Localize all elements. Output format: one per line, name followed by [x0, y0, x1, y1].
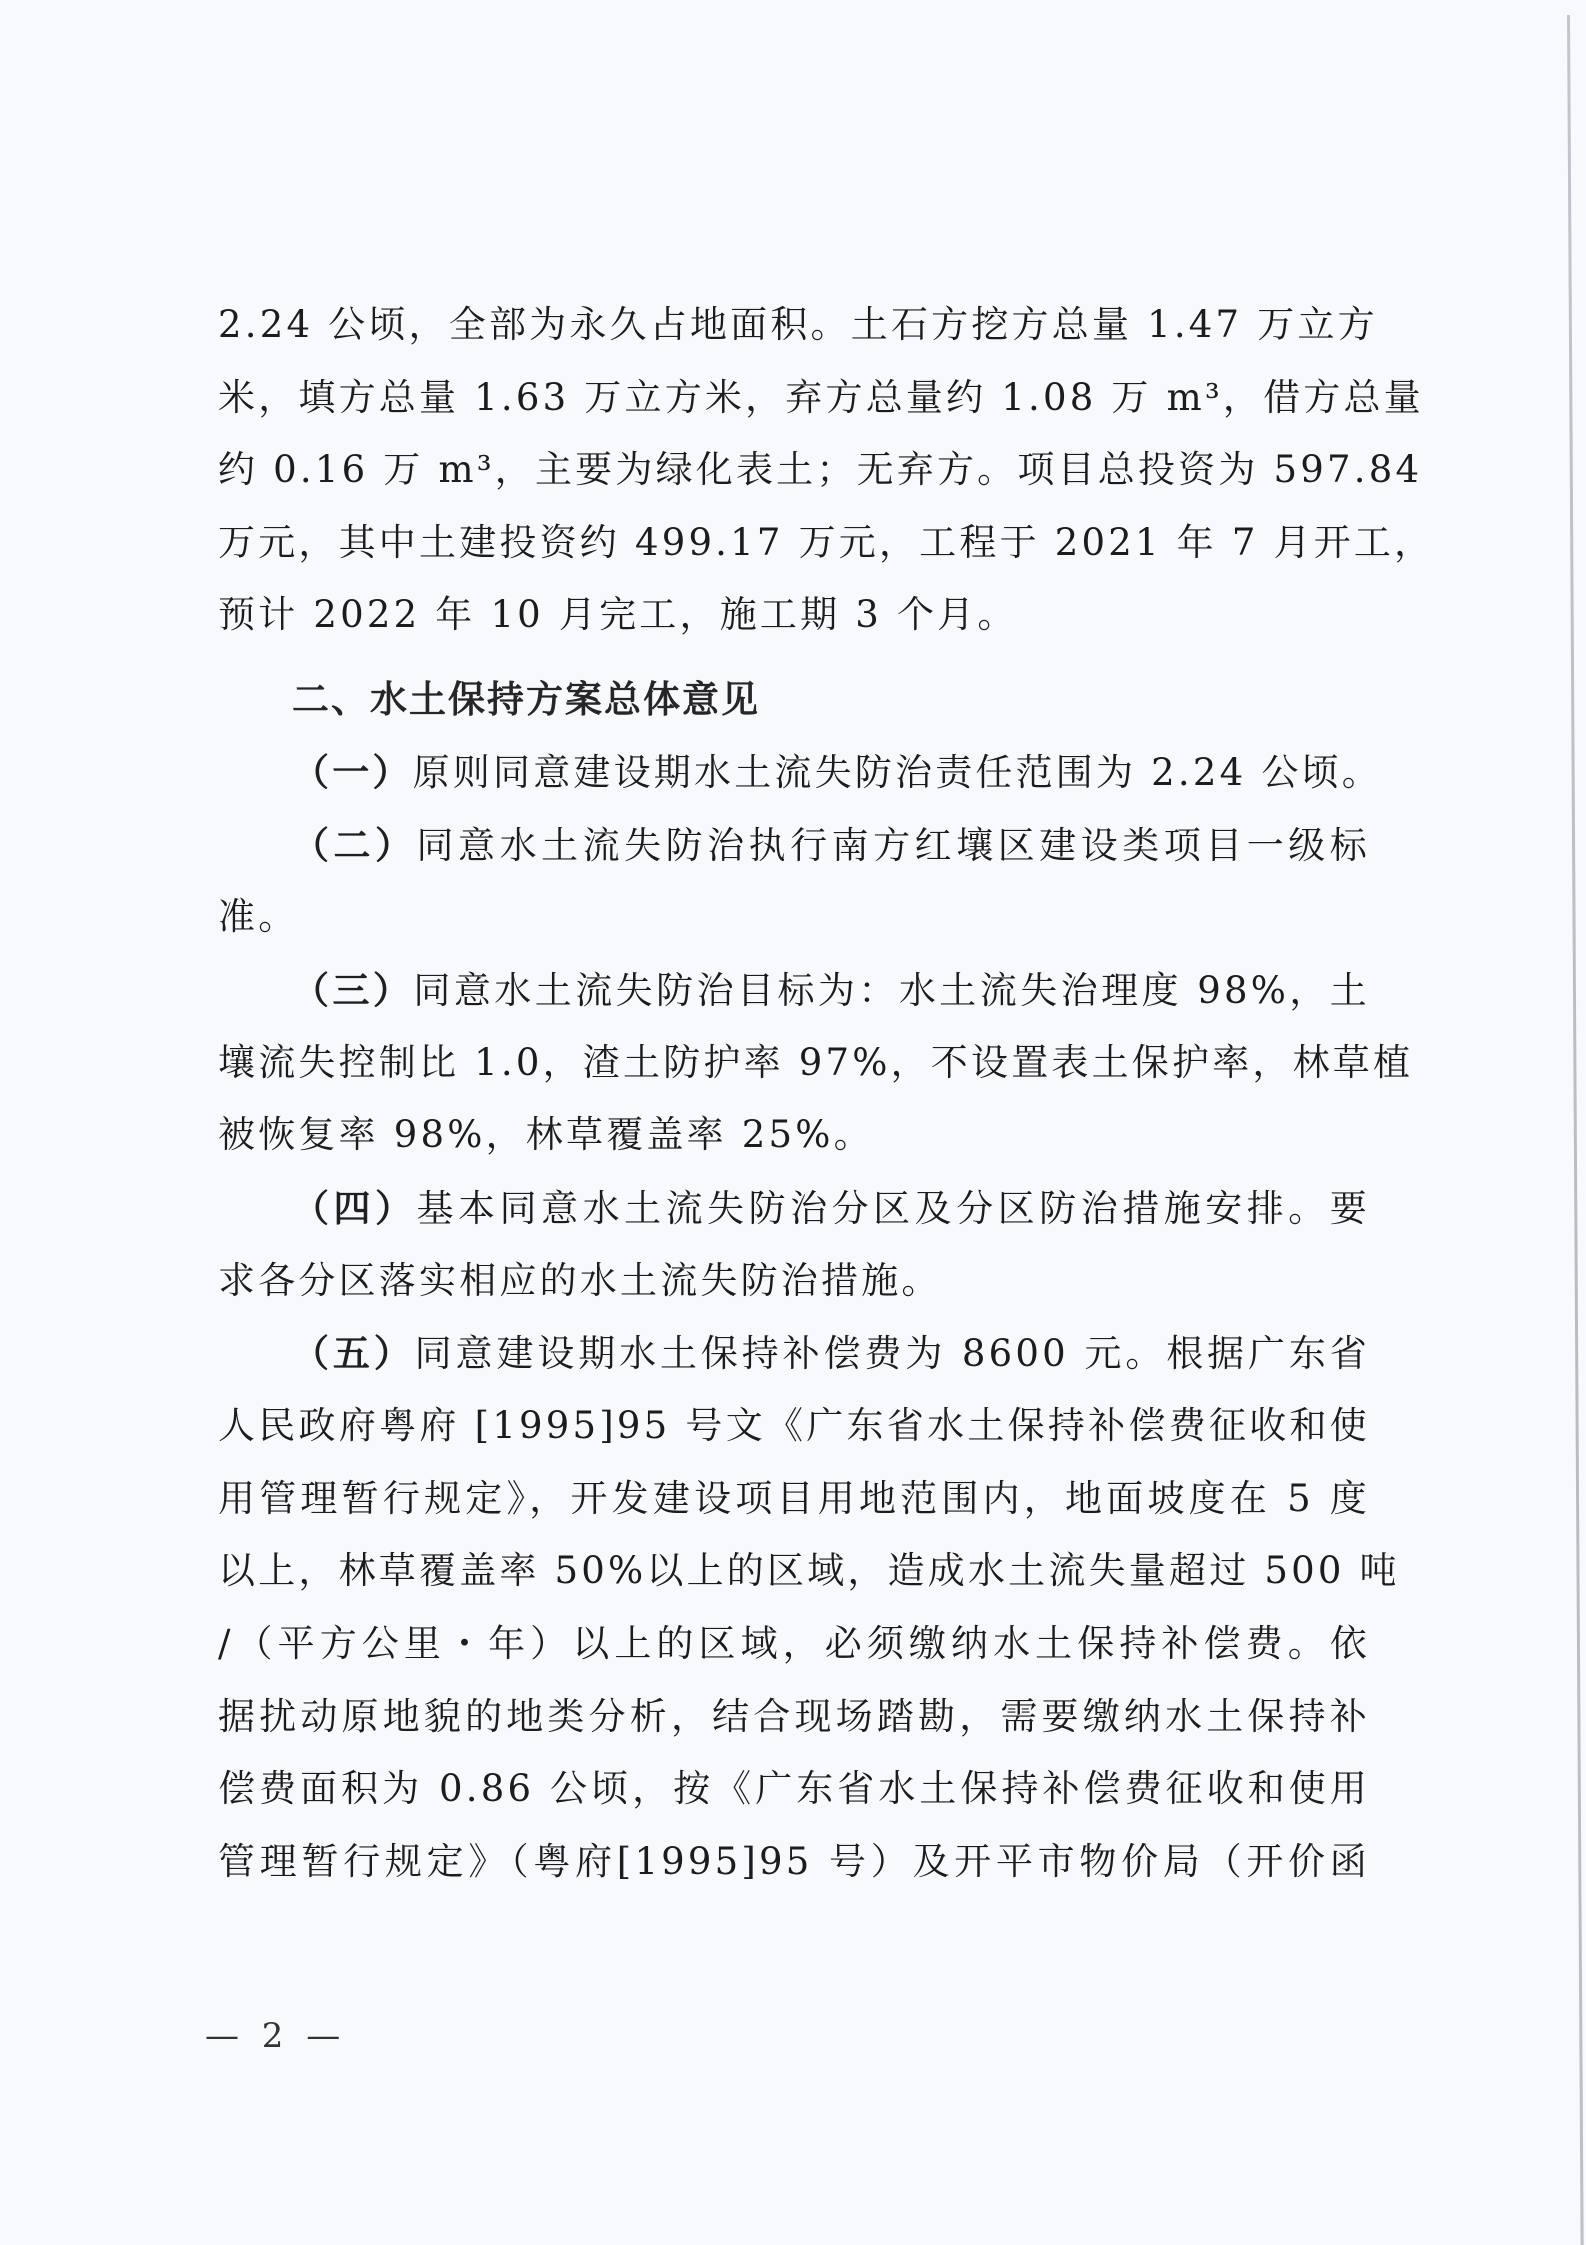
item-5-line: /（平方公里・年）以上的区域，必须缴纳水土保持补偿费。依 — [218, 1616, 1370, 1672]
item-5-line: 偿费面积为 0.86 公顷，按《广东省水土保持补偿费征收和使用 — [218, 1761, 1370, 1817]
item-number: （一） — [292, 750, 413, 794]
item-text: 同意建设期水土保持补偿费为 8600 元。根据广东省 — [415, 1332, 1370, 1375]
item-text: 原则同意建设期水土流失防治责任范围为 2.24 公顷。 — [413, 751, 1382, 794]
item-number: （五） — [292, 1331, 415, 1375]
document-page: 2.24 公顷，全部为永久占地面积。土石方挖方总量 1.47 万立方 米，填方总… — [0, 0, 1586, 2245]
item-text: 同意水土流失防治执行南方红壤区建设类项目一级标 — [417, 824, 1370, 867]
page-number: — 2 — — [205, 2016, 346, 2056]
item-5-line: 人民政府粤府 [1995]95 号文《广东省水土保持补偿费征收和使 — [218, 1398, 1370, 1454]
item-5-line: 管理暂行规定》（粤府[1995]95 号）及开平市物价局（开价函 — [218, 1834, 1370, 1890]
item-number: （四） — [292, 1186, 417, 1230]
paragraph-line: 预计 2022 年 10 月完工，施工期 3 个月。 — [218, 587, 1370, 643]
item-number: （三） — [292, 968, 413, 1012]
item-4-line: 求各分区落实相应的水土流失防治措施。 — [218, 1253, 1370, 1309]
paragraph-line: 米，填方总量 1.63 万立方米，弃方总量约 1.08 万 m³，借方总量 — [218, 370, 1370, 426]
section-heading: 二、水土保持方案总体意见 — [218, 672, 1370, 728]
item-1-line: （一）原则同意建设期水土流失防治责任范围为 2.24 公顷。 — [218, 744, 1370, 800]
item-text: 基本同意水土流失防治分区及分区防治措施安排。要 — [417, 1187, 1370, 1230]
paragraph-line: 2.24 公顷，全部为永久占地面积。土石方挖方总量 1.47 万立方 — [218, 297, 1370, 353]
paragraph-line: 约 0.16 万 m³，主要为绿化表土；无弃方。项目总投资为 597.84 — [218, 442, 1370, 498]
item-3-line: 被恢复率 98%，林草覆盖率 25%。 — [218, 1107, 1370, 1163]
item-5-line: 以上，林草覆盖率 50%以上的区域，造成水土流失量超过 500 吨 — [218, 1543, 1370, 1599]
item-3-line: 壤流失控制比 1.0，渣土防护率 97%，不设置表土保护率，林草植 — [218, 1035, 1370, 1091]
scan-edge-line — [1567, 15, 1584, 2245]
item-4-line: （四）基本同意水土流失防治分区及分区防治措施安排。要 — [218, 1180, 1370, 1236]
item-5-line: 用管理暂行规定》，开发建设项目用地范围内，地面坡度在 5 度 — [218, 1471, 1370, 1527]
item-5-line: 据扰动原地貌的地类分析，结合现场踏勘，需要缴纳水土保持补 — [218, 1689, 1370, 1745]
item-text: 同意水土流失防治目标为：水土流失治理度 98%，土 — [413, 969, 1370, 1012]
item-5-line: （五）同意建设期水土保持补偿费为 8600 元。根据广东省 — [218, 1325, 1370, 1381]
item-3-line: （三）同意水土流失防治目标为：水土流失治理度 98%，土 — [218, 962, 1370, 1018]
paragraph-line: 万元，其中土建投资约 499.17 万元，工程于 2021 年 7 月开工， — [218, 515, 1370, 571]
item-2-line: 准。 — [218, 889, 1370, 945]
item-2-line: （二）同意水土流失防治执行南方红壤区建设类项目一级标 — [218, 817, 1370, 873]
item-number: （二） — [292, 823, 417, 867]
